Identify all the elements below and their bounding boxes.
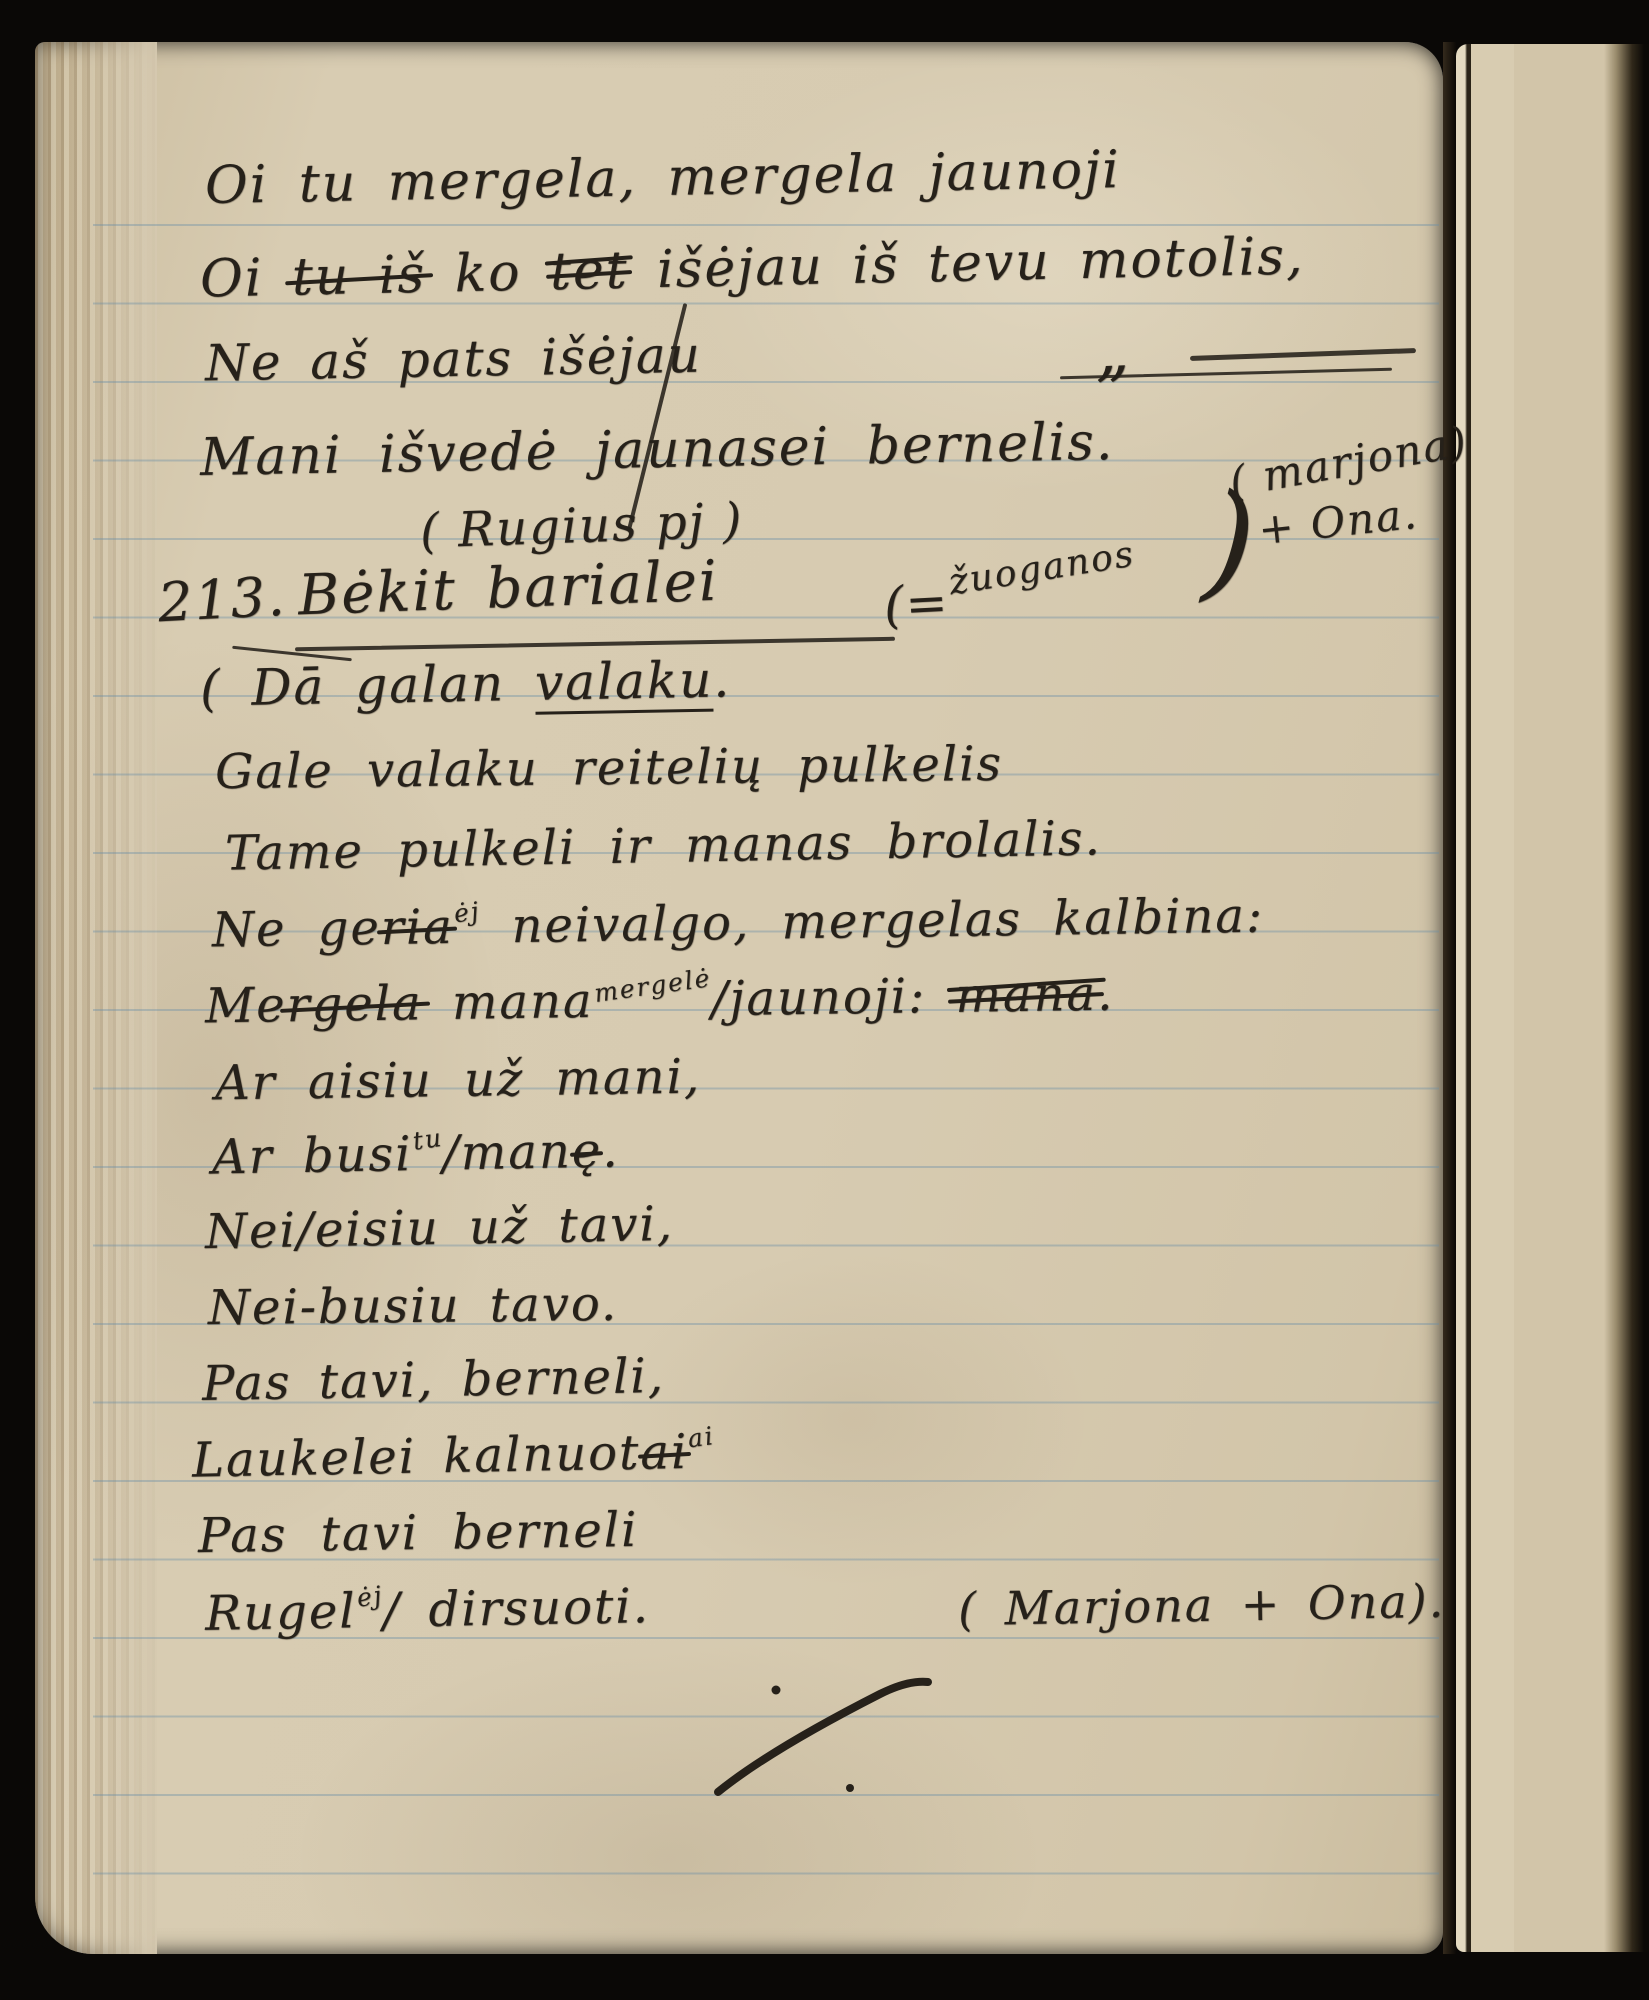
song-number: 213. bbox=[156, 565, 287, 635]
stanza2-line-8: Nei/eisiu už tavi, bbox=[205, 1196, 675, 1260]
strike-mark: tu iš bbox=[291, 245, 426, 308]
superscript-correction: ėj bbox=[354, 1580, 384, 1612]
gloss-paren-close: ) bbox=[1201, 486, 1260, 598]
facing-page-sliver bbox=[1456, 44, 1649, 1952]
stanza1-line-3: Ne aš pats išėjau bbox=[205, 326, 703, 393]
strike-mark: ria bbox=[380, 899, 454, 956]
superscript-correction: ėj bbox=[452, 896, 482, 928]
stanza2-line-12: Pas tavi berneli bbox=[198, 1502, 639, 1564]
superscript-correction: tu bbox=[410, 1123, 444, 1156]
stanza2-line-7: Ar busitu/manę. bbox=[212, 1122, 620, 1185]
stanza2-line-2: Gale valaku reitelių pulkelis bbox=[215, 736, 1004, 800]
strike-mark: ę bbox=[571, 1123, 602, 1180]
strike-mark: mana bbox=[955, 966, 1097, 1024]
scan-background: Oi tu mergela, mergela jaunoji Oi tu iš … bbox=[0, 0, 1649, 2000]
underlined-word: valaku bbox=[534, 651, 713, 715]
stanza2-line-10: Pas tavi, berneli, bbox=[202, 1348, 666, 1412]
strike-mark: rgela bbox=[286, 975, 423, 1033]
superscript-correction: ai bbox=[686, 1421, 717, 1453]
stanza2-line-6: Ar aisiu už mani, bbox=[215, 1049, 702, 1112]
strike-mark: ai bbox=[640, 1424, 689, 1481]
stanza2-line-11: Laukelei kalnuotaiai bbox=[192, 1423, 716, 1488]
stanza2-line-1: ( Dā galan valaku. bbox=[200, 650, 732, 717]
attribution-final: ( Marjona + Ona). bbox=[958, 1574, 1446, 1636]
gloss-paren-open: (= bbox=[883, 573, 951, 634]
stanza2-line-9: Nei-busiu tavo. bbox=[208, 1276, 619, 1336]
stanza2-line-13: Rugelėj/ dirsuoti. bbox=[205, 1578, 651, 1642]
flourish-mark bbox=[690, 1660, 990, 1810]
gutter-shadow bbox=[1443, 42, 1456, 1954]
strike-mark: tet bbox=[549, 241, 629, 303]
